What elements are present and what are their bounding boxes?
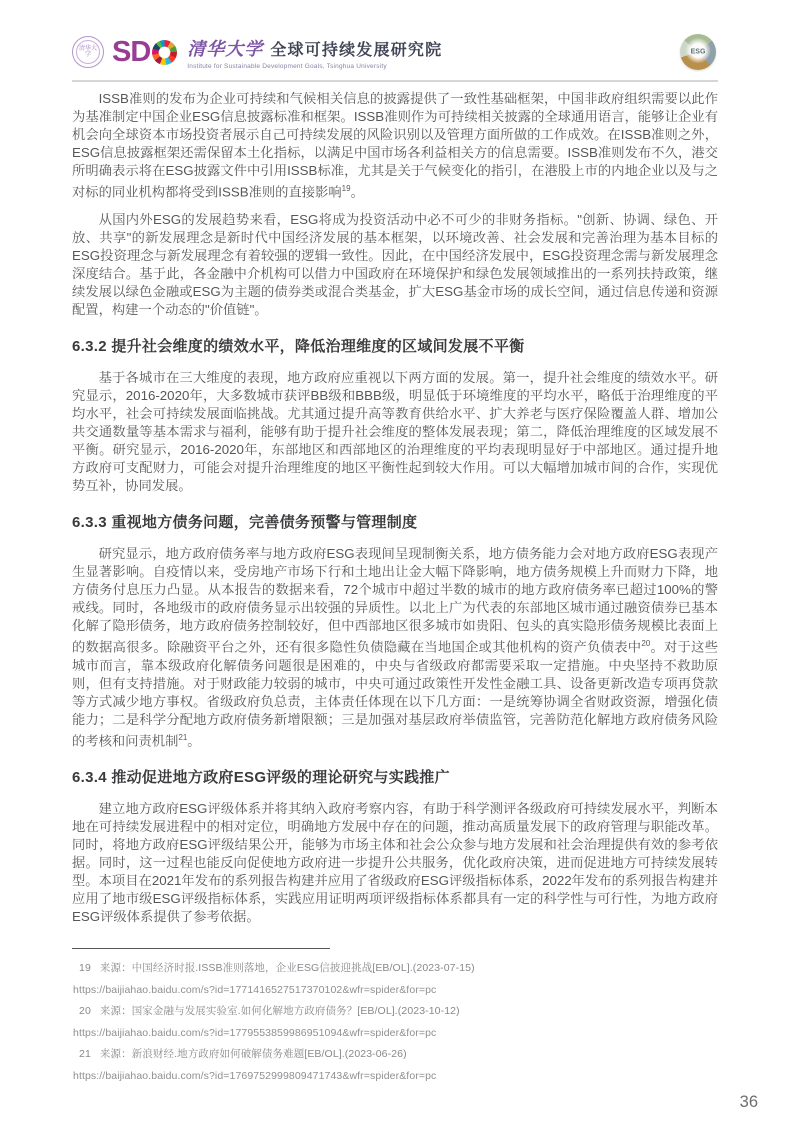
sdg-wheel-icon <box>152 40 177 65</box>
institute-name-block: 清华大学 全球可持续发展研究院 Institute for Sustainabl… <box>187 35 442 70</box>
footnote-20-url: https://baijiahao.baidu.com/s?id=1779553… <box>72 1023 718 1045</box>
footnote-text: 来源：国家金融与发展实验室.如何化解地方政府债务？[EB/OL].(2023-1… <box>100 1005 460 1017</box>
footnote-19-url: https://baijiahao.baidu.com/s?id=1771416… <box>72 980 718 1002</box>
footnote-ref-19: 19 <box>342 184 351 193</box>
footnote-divider <box>72 948 330 949</box>
footnote-text: 来源：新浪财经.地方政府如何破解债务难题[EB/OL].(2023-06-26) <box>100 1048 407 1060</box>
heading-6-3-3: 6.3.3 重视地方债务问题，完善债务预警与管理制度 <box>72 511 718 532</box>
footnote-21-url: https://baijiahao.baidu.com/s?id=1769752… <box>72 1066 718 1088</box>
page-number: 36 <box>740 1093 758 1112</box>
tsinghua-script-logo: 清华大学 <box>187 35 263 61</box>
footnote-text: 来源：中国经济时报.ISSB准则落地，企业ESG信披迎挑战[EB/OL].(20… <box>100 962 475 974</box>
esg-globe-label: ESG <box>691 48 706 55</box>
report-page: 清华大学 SD 清华大学 全球可持续发展研究院 Institute for Su… <box>0 0 789 1121</box>
paragraph-text: 。 <box>187 733 200 748</box>
esg-globe-icon: ESG <box>680 34 716 70</box>
paragraph-esg-trend: 从国内外ESG的发展趋势来看，ESG将成为投资活动中必不可少的非财务指标。"创新… <box>72 211 718 319</box>
institute-name-cn: 清华大学 全球可持续发展研究院 <box>187 35 442 61</box>
footnote-21-source: 21来源：新浪财经.地方政府如何破解债务难题[EB/OL].(2023-06-2… <box>72 1044 718 1066</box>
footnote-20-source: 20来源：国家金融与发展实验室.如何化解地方政府债务？[EB/OL].(2023… <box>72 1001 718 1023</box>
paragraph-local-debt: 研究显示，地方政府债务率与地方政府ESG表现间呈现制衡关系，地方债务能力会对地方… <box>72 545 718 750</box>
footnote-ref-21: 21 <box>178 733 187 742</box>
institute-title-en: Institute for Sustainable Development Go… <box>187 63 442 70</box>
tsinghua-seal-text: 清华大学 <box>79 46 97 59</box>
footnote-number: 21 <box>79 1048 91 1060</box>
footnote-19-source: 19来源：中国经济时报.ISSB准则落地，企业ESG信披迎挑战[EB/OL].(… <box>72 958 718 980</box>
document-body: ISSB准则的发布为企业可持续和气候相关信息的披露提供了一致性基础框架，中国非政… <box>72 90 718 936</box>
footnote-number: 19 <box>79 962 91 974</box>
paragraph-text: ISSB准则的发布为企业可持续和气候相关信息的披露提供了一致性基础框架，中国非政… <box>72 91 718 199</box>
heading-6-3-4: 6.3.4 推动促进地方政府ESG评级的理论研究与实践推广 <box>72 766 718 787</box>
heading-6-3-2: 6.3.2 提升社会维度的绩效水平，降低治理维度的区域间发展不平衡 <box>72 335 718 356</box>
paragraph-issb: ISSB准则的发布为企业可持续和气候相关信息的披露提供了一致性基础框架，中国非政… <box>72 90 718 201</box>
paragraph-text: 。 <box>351 184 364 199</box>
sdg-wordmark: SD <box>112 36 150 69</box>
institute-title-cn: 全球可持续发展研究院 <box>270 37 442 60</box>
paragraph-text: 。对于这些城市而言，靠本级政府化解债务问题很是困难的，中央与省级政府都需要采取一… <box>72 640 718 748</box>
paragraph-social-dimension: 基于各城市在三大维度的表现，地方政府应重视以下两方面的发展。第一，提升社会维度的… <box>72 369 718 495</box>
footnotes-section: 19来源：中国经济时报.ISSB准则落地，企业ESG信披迎挑战[EB/OL].(… <box>72 948 718 1121</box>
page-header: 清华大学 SD 清华大学 全球可持续发展研究院 Institute for Su… <box>72 34 718 82</box>
footnote-number: 20 <box>79 1005 91 1017</box>
paragraph-esg-rating: 建立地方政府ESG评级体系并将其纳入政府考察内容，有助于科学测评各级政府可持续发… <box>72 800 718 926</box>
institute-brand: 清华大学 SD 清华大学 全球可持续发展研究院 Institute for Su… <box>72 35 442 70</box>
footnote-ref-20: 20 <box>641 639 650 648</box>
paragraph-text: 研究显示，地方政府债务率与地方政府ESG表现间呈现制衡关系，地方债务能力会对地方… <box>72 546 718 654</box>
tsinghua-seal-icon: 清华大学 <box>72 36 104 68</box>
